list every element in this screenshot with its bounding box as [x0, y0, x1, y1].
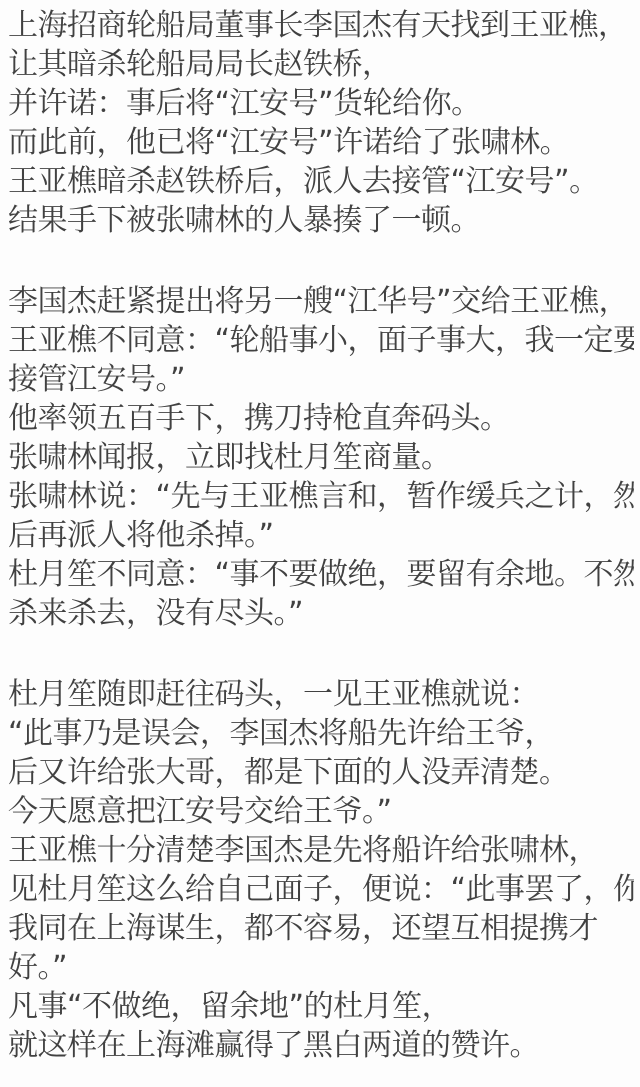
- text-line: 李国杰赶紧提出将另一艘“江华号”交给王亚樵，: [8, 282, 634, 321]
- text-line: 他率领五百手下，携刀持枪直奔码头。: [8, 399, 634, 438]
- text-line: 就这样在上海滩赢得了黑白两道的赞许。: [8, 1026, 634, 1065]
- text-line: 张啸林说：“先与王亚樵言和，暂作缓兵之计，然: [8, 477, 634, 516]
- text-line: 杜月笙随即赶往码头，一见王亚樵就说：: [8, 675, 634, 714]
- text-line: 凡事“不做绝，留余地”的杜月笙，: [8, 987, 634, 1026]
- text-line: 我同在上海谋生，都不容易，还望互相提携才: [8, 909, 634, 948]
- text-line: 王亚樵暗杀赵铁桥后，派人去接管“江安号”。: [8, 162, 634, 201]
- text-line: 张啸林闻报，立即找杜月笙商量。: [8, 438, 634, 477]
- text-line: 见杜月笙这么给自己面子，便说：“此事罢了，你: [8, 870, 634, 909]
- text-line: 杜月笙不同意：“事不要做绝，要留有余地。不然: [8, 555, 634, 594]
- text-line: 上海招商轮船局董事长李国杰有天找到王亚樵，: [8, 6, 634, 45]
- text-line: 好。”: [8, 948, 634, 987]
- text-line: 而此前，他已将“江安号”许诺给了张啸林。: [8, 123, 634, 162]
- paragraph: 李国杰赶紧提出将另一艘“江华号”交给王亚樵，王亚樵不同意：“轮船事小，面子事大，…: [8, 282, 634, 633]
- text-line: 杀来杀去，没有尽头。”: [8, 594, 634, 633]
- text-line: 结果手下被张啸林的人暴揍了一顿。: [8, 201, 634, 240]
- text-line: 王亚樵十分清楚李国杰是先将船许给张啸林，: [8, 831, 634, 870]
- text-line: “此事乃是误会，李国杰将船先许给王爷，: [8, 714, 634, 753]
- text-line: 接管江安号。”: [8, 360, 634, 399]
- text-line: 今天愿意把江安号交给王爷。”: [8, 792, 634, 831]
- text-line: 后又许给张大哥，都是下面的人没弄清楚。: [8, 753, 634, 792]
- paragraph: 杜月笙随即赶往码头，一见王亚樵就说：“此事乃是误会，李国杰将船先许给王爷，后又许…: [8, 675, 634, 1065]
- paragraph: 上海招商轮船局董事长李国杰有天找到王亚樵，让其暗杀轮船局局长赵铁桥，并许诺：事后…: [8, 6, 634, 240]
- text-line: 并许诺：事后将“江安号”货轮给你。: [8, 84, 634, 123]
- text-line: 让其暗杀轮船局局长赵铁桥，: [8, 45, 634, 84]
- text-line: 后再派人将他杀掉。”: [8, 516, 634, 555]
- text-line: 王亚樵不同意：“轮船事小，面子事大，我一定要: [8, 321, 634, 360]
- article-text: 上海招商轮船局董事长李国杰有天找到王亚樵，让其暗杀轮船局局长赵铁桥，并许诺：事后…: [0, 0, 640, 1065]
